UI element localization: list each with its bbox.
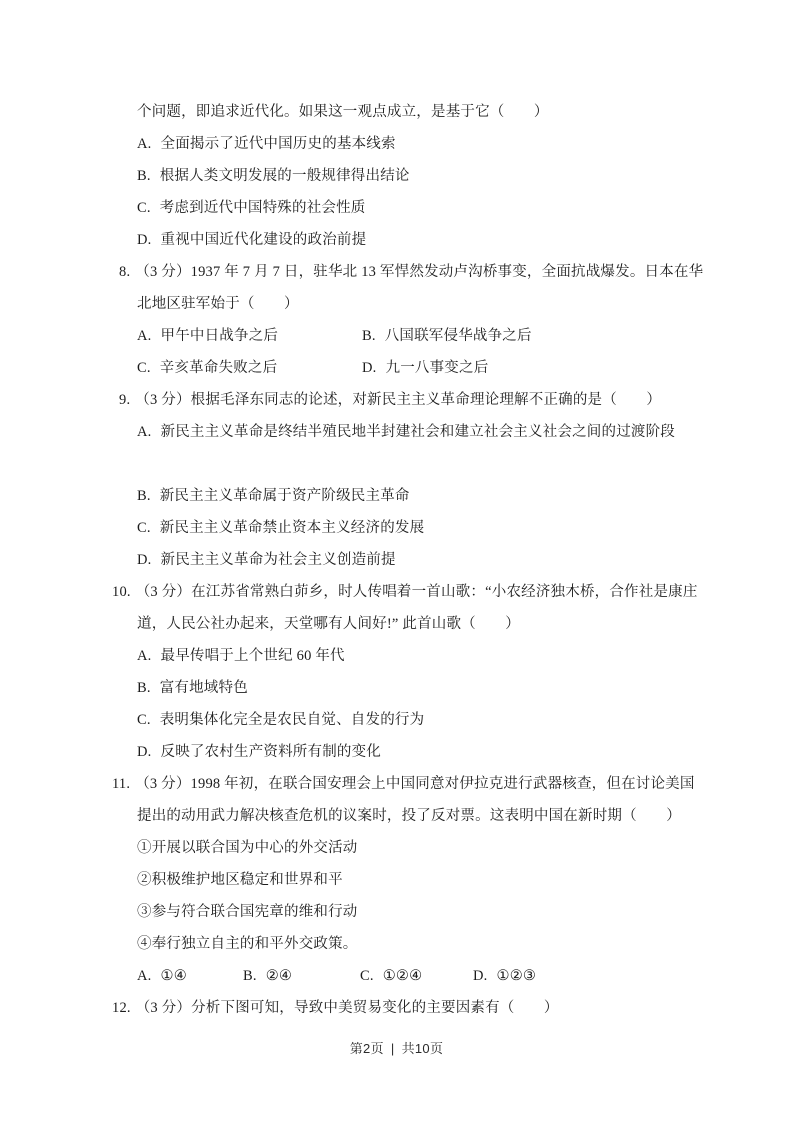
- option-label: C.: [137, 712, 151, 728]
- option-label: A.: [137, 424, 152, 440]
- q10-option-d: D.反映了农村生产资料所有制的变化: [137, 736, 381, 768]
- q10-option-a: A.最早传唱于上个世纪 60 年代: [137, 640, 345, 672]
- option-label: C.: [137, 360, 151, 376]
- option-label: A.: [137, 968, 152, 984]
- q8-option-a: A.甲午中日战争之后: [137, 320, 278, 352]
- q11-statement-2: ②积极维护地区稳定和世界和平: [137, 864, 343, 896]
- q7-option-d: D.重视中国近代化建设的政治前提: [137, 224, 366, 256]
- q9-option-c: C.新民主主义革命禁止资本主义经济的发展: [137, 512, 424, 544]
- option-text: 根据人类文明发展的一般规律得出结论: [160, 168, 410, 184]
- option-label: D.: [362, 360, 377, 376]
- q9-option-d: D.新民主主义革命为社会主义创造前提: [137, 544, 396, 576]
- option-text: 最早传唱于上个世纪 60 年代: [161, 648, 345, 664]
- question-number: 12.: [112, 1000, 131, 1016]
- q10-option-c: C.表明集体化完全是农民自觉、自发的行为: [137, 704, 424, 736]
- option-text: ①②③: [497, 968, 537, 984]
- q11-options-row: A.①④ B.②④ C.①②④ D.①②③: [0, 960, 793, 992]
- q11-option-b: B.②④: [243, 960, 292, 992]
- q7-option-b: B.根据人类文明发展的一般规律得出结论: [137, 160, 410, 192]
- question-number: 9.: [119, 392, 130, 408]
- option-label: B.: [137, 168, 151, 184]
- option-label: D.: [137, 744, 152, 760]
- option-text: 新民主主义革命禁止资本主义经济的发展: [160, 520, 425, 536]
- option-label: A.: [137, 136, 152, 152]
- q11-option-d: D.①②③: [473, 960, 536, 992]
- q7-option-a: A.全面揭示了近代中国历史的基本线索: [137, 128, 396, 160]
- q8-stem-line2: 北地区驻军始于（ ）: [137, 288, 299, 320]
- statement-text: ④奉行独立自主的和平外交政策。: [137, 936, 358, 952]
- option-text: 反映了农村生产资料所有制的变化: [161, 744, 382, 760]
- footer-total-pages: 共10页: [402, 1041, 444, 1056]
- option-text: 富有地域特色: [160, 680, 248, 696]
- option-text: ①②④: [383, 968, 423, 984]
- option-text: 辛亥革命失败之后: [160, 360, 278, 376]
- q11-stem-line2: 提出的动用武力解决核查危机的议案时，投了反对票。这表明中国在新时期（ ）: [137, 800, 681, 832]
- option-text: 八国联军侵华战争之后: [385, 328, 532, 344]
- q8-option-c: C.辛亥革命失败之后: [137, 352, 277, 384]
- option-text: 新民主主义革命属于资产阶级民主革命: [160, 488, 410, 504]
- stem-text: （3 分）分析下图可知，导致中美贸易变化的主要因素有（ ）: [136, 1000, 559, 1016]
- q11-option-a: A.①④: [137, 960, 187, 992]
- option-label: A.: [137, 648, 152, 664]
- q10-option-b: B.富有地域特色: [137, 672, 248, 704]
- option-label: C.: [137, 200, 151, 216]
- stem-text: （3 分）1937 年 7 月 7 日，驻华北 13 军悍然发动卢沟桥事变，全面…: [135, 264, 703, 280]
- q12-stem-line1: 12.（3 分）分析下图可知，导致中美贸易变化的主要因素有（ ）: [112, 992, 559, 1024]
- stem-text: （3 分）根据毛泽东同志的论述，对新民主主义革命理论理解不正确的是（ ）: [135, 392, 661, 408]
- option-label: B.: [137, 680, 151, 696]
- footer-page-number: 第2页: [350, 1041, 384, 1056]
- option-text: 全面揭示了近代中国历史的基本线索: [161, 136, 396, 152]
- question-number: 10.: [112, 584, 131, 600]
- q11-statement-3: ③参与符合联合国宪章的维和行动: [137, 896, 358, 928]
- q8-option-d: D.九一八事变之后: [362, 352, 488, 384]
- stem-text: （3 分）1998 年初，在联合国安理会上中国同意对伊拉克进行武器核查，但在讨论…: [135, 776, 694, 792]
- q8-options-row2: C.辛亥革命失败之后 D.九一八事变之后: [0, 352, 793, 384]
- option-label: B.: [243, 968, 257, 984]
- statement-text: ③参与符合联合国宪章的维和行动: [137, 904, 358, 920]
- stem-text: 北地区驻军始于（ ）: [137, 296, 299, 312]
- q9-option-b: B.新民主主义革命属于资产阶级民主革命: [137, 480, 410, 512]
- option-label: C.: [360, 968, 374, 984]
- option-text: 新民主主义革命为社会主义创造前提: [161, 552, 396, 568]
- option-text: 考虑到近代中国特殊的社会性质: [160, 200, 366, 216]
- question-number: 11.: [112, 776, 130, 792]
- q7-stem-continuation: 个问题，即追求近代化。如果这一观点成立，是基于它（ ）: [137, 96, 549, 128]
- q10-stem-line1: 10.（3 分）在江苏省常熟白茆乡，时人传唱着一首山歌：“小农经济独木桥，合作社…: [112, 576, 698, 608]
- page-footer: 第2页|共10页: [0, 1038, 793, 1057]
- q9-stem-line1: 9.（3 分）根据毛泽东同志的论述，对新民主主义革命理论理解不正确的是（ ）: [119, 384, 661, 416]
- stem-text: （3 分）在江苏省常熟白茆乡，时人传唱着一首山歌：“小农经济独木桥，合作社是康庄: [136, 584, 698, 600]
- option-text: ②④: [266, 968, 292, 984]
- q11-stem-line1: 11.（3 分）1998 年初，在联合国安理会上中国同意对伊拉克进行武器核查，但…: [112, 768, 695, 800]
- q8-options-row1: A.甲午中日战争之后 B.八国联军侵华战争之后: [0, 320, 793, 352]
- q7-stem-text: 个问题，即追求近代化。如果这一观点成立，是基于它（ ）: [137, 104, 549, 120]
- stem-text: 提出的动用武力解决核查危机的议案时，投了反对票。这表明中国在新时期（ ）: [137, 808, 681, 824]
- stem-text: 道，人民公社办起来，天堂哪有人间好!” 此首山歌（ ）: [137, 616, 520, 632]
- option-text: 甲午中日战争之后: [161, 328, 279, 344]
- option-text: 九一八事变之后: [386, 360, 489, 376]
- option-label: C.: [137, 520, 151, 536]
- question-number: 8.: [119, 264, 130, 280]
- option-text: 新民主主义革命是终结半殖民地半封建社会和建立社会主义社会之间的过渡阶段: [161, 424, 676, 440]
- option-text: ①④: [161, 968, 187, 984]
- option-label: B.: [137, 488, 151, 504]
- option-label: A.: [137, 328, 152, 344]
- q7-option-c: C.考虑到近代中国特殊的社会性质: [137, 192, 366, 224]
- footer-separator: |: [391, 1041, 395, 1056]
- option-text: 重视中国近代化建设的政治前提: [161, 232, 367, 248]
- option-label: B.: [362, 328, 376, 344]
- q8-stem-line1: 8.（3 分）1937 年 7 月 7 日，驻华北 13 军悍然发动卢沟桥事变，…: [119, 256, 703, 288]
- exam-page: 个问题，即追求近代化。如果这一观点成立，是基于它（ ） A.全面揭示了近代中国历…: [0, 0, 793, 1122]
- q10-stem-line2: 道，人民公社办起来，天堂哪有人间好!” 此首山歌（ ）: [137, 608, 520, 640]
- q11-statement-1: ①开展以联合国为中心的外交活动: [137, 832, 358, 864]
- statement-text: ②积极维护地区稳定和世界和平: [137, 872, 343, 888]
- q8-option-b: B.八国联军侵华战争之后: [362, 320, 532, 352]
- option-label: D.: [137, 552, 152, 568]
- q11-option-c: C.①②④: [360, 960, 422, 992]
- option-label: D.: [137, 232, 152, 248]
- option-label: D.: [473, 968, 488, 984]
- statement-text: ①开展以联合国为中心的外交活动: [137, 840, 358, 856]
- q11-statement-4: ④奉行独立自主的和平外交政策。: [137, 928, 358, 960]
- q9-option-a: A.新民主主义革命是终结半殖民地半封建社会和建立社会主义社会之间的过渡阶段: [137, 416, 675, 448]
- option-text: 表明集体化完全是农民自觉、自发的行为: [160, 712, 425, 728]
